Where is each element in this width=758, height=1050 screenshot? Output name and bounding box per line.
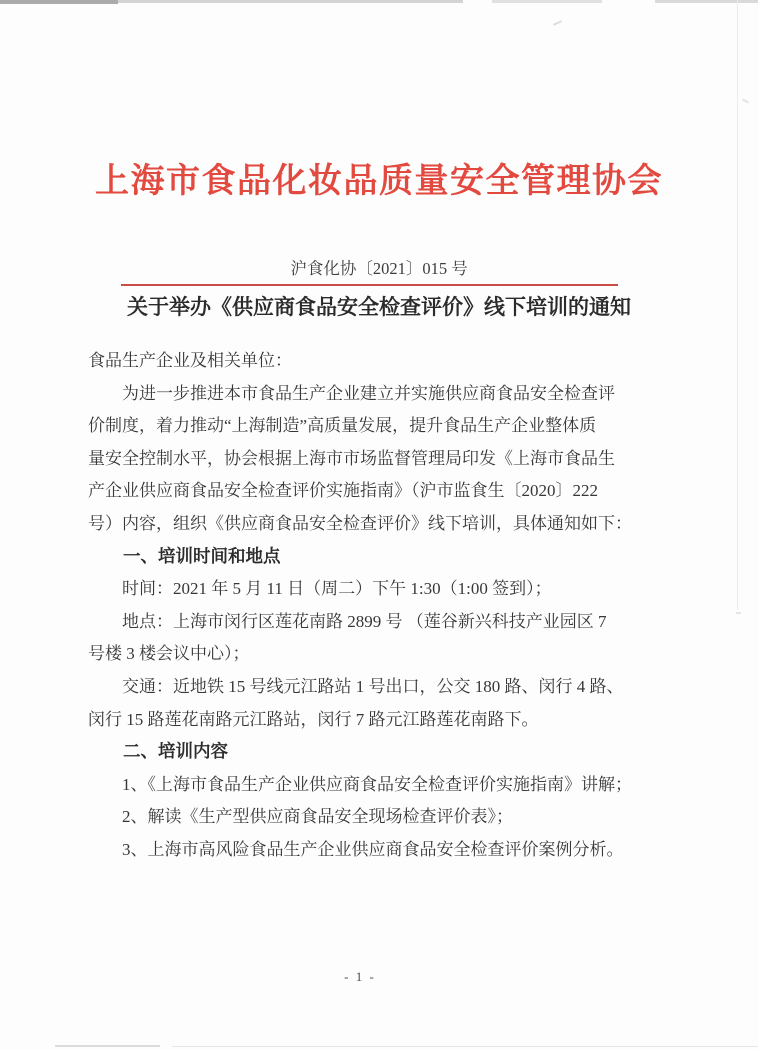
scan-edge-artifact-top [655,0,758,3]
transport-line: 闵行 15 路莲花南路元江路站，闵行 7 路元江路莲花南路下。 [88,704,672,737]
scan-speck [736,612,741,614]
organization-title: 上海市食品化妆品质量安全管理协会 [0,158,758,204]
transport-line: 交通：近地铁 15 号线元江路站 1 号出口，公交 180 路、闵行 4 路、 [88,671,672,704]
section-1-heading: 一、培训时间和地点 [88,541,672,574]
training-place-line: 号楼 3 楼会议中心）； [88,638,672,671]
notice-subject-title: 关于举办《供应商食品安全检查评价》线下培训的通知 [0,292,758,322]
document-body: 食品生产企业及相关单位： 为进一步推进本市食品生产企业建立并实施供应商食品安全检… [88,345,672,867]
content-item-line: 1、《上海市食品生产企业供应商食品安全检查评价实施指南》讲解； [88,769,672,802]
salutation-line: 食品生产企业及相关单位： [88,345,672,378]
page-number: - 1 - [0,969,720,985]
content-item-line: 3、上海市高风险食品生产企业供应商食品安全检查评价案例分析。 [88,834,672,867]
scanned-document-page: 上海市食品化妆品质量安全管理协会 沪食化协〔2021〕015 号 关于举办《供应… [0,0,758,1050]
content-item-line: 2、解读《生产型供应商食品安全现场检查评价表》； [88,801,672,834]
section-2-heading: 二、培训内容 [88,736,672,769]
scan-speck [553,20,562,26]
scan-edge-artifact-bottom [172,1046,758,1047]
intro-line: 量安全控制水平，协会根据上海市市场监督管理局印发《上海市食品生 [88,443,672,476]
training-time-line: 时间：2021 年 5 月 11 日（周二）下午 1:30（1:00 签到）； [88,573,672,606]
scan-edge-artifact-top [118,0,463,3]
scan-edge-artifact-top [0,0,118,4]
intro-line: 号）内容，组织《供应商食品安全检查评价》线下培训，具体通知如下： [88,508,672,541]
document-number: 沪食化协〔2021〕015 号 [0,258,758,280]
intro-line: 价制度，着力推动“上海制造”高质量发展，提升食品生产企业整体质 [88,410,672,443]
scan-speck [742,98,749,103]
intro-line: 产企业供应商食品安全检查评价实施指南》（沪市监食生〔2020〕222 [88,475,672,508]
letterhead-rule [121,284,618,286]
training-place-line: 地点：上海市闵行区莲花南路 2899 号 （莲谷新兴科技产业园区 7 [88,606,672,639]
intro-line: 为进一步推进本市食品生产企业建立并实施供应商食品安全检查评 [88,378,672,411]
scan-edge-artifact-top [492,0,602,3]
scan-edge-artifact-bottom [55,1045,160,1047]
